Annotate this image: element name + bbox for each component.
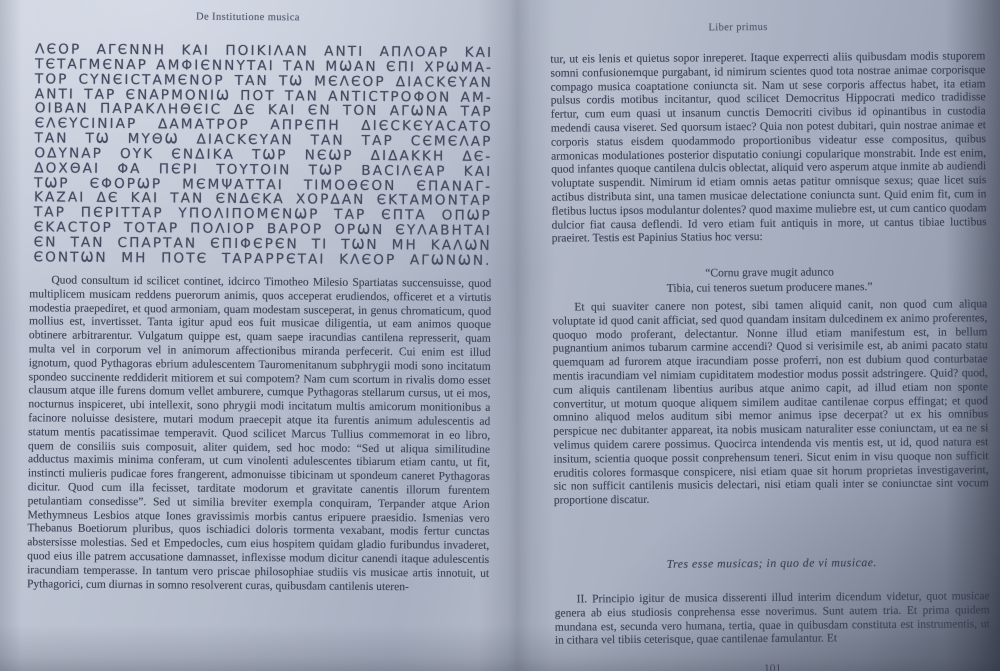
photo-vignette <box>945 0 1000 671</box>
left-body-text: Quod consultum id scilicet continet, idc… <box>26 274 491 668</box>
running-header-right: Liber primus <box>498 20 978 35</box>
verse-quotation: “Cornu grave mugit adunco Tibia, cui ten… <box>552 264 987 296</box>
verse-line: Tibia, cui teneros suetum producere mane… <box>552 279 987 297</box>
body-paragraph: Quod consultum id scilicet continet, idc… <box>27 274 491 595</box>
running-header-left: De Institutione musica <box>0 10 500 25</box>
photo-vignette <box>0 625 1000 671</box>
greek-text-block: ΛЄΟΡ ΑΓЄΝΝΗ ΚΑΙ ΠΟΙΚΙΛΑΝ ΑΝΤΙ ΑΠΛΟΑΡ ΚΑΙ… <box>33 42 493 268</box>
left-page: De Institutione musica ΛЄΟΡ ΑΓЄΝΝΗ ΚΑΙ Π… <box>0 0 507 671</box>
section-heading: Tres esse musicas; in quo de vi musicae. <box>554 554 989 572</box>
right-page: Liber primus tur, ut eis lenis et quietu… <box>518 0 1000 671</box>
body-paragraph: tur, ut eis lenis et quietus sopor inrep… <box>550 50 987 265</box>
greek-line: ЄΟΝΤѠΝ ΜΗ ΠΟΤЄ ΤΑΡΑΡΡЄΤΑΙ ΚΛЄΟΡ ΑΓѠΝѠΝ. <box>33 250 491 268</box>
photo-vignette <box>0 0 22 671</box>
book-spread: De Institutione musica ΛЄΟΡ ΑΓЄΝΝΗ ΚΑΙ Π… <box>0 0 1000 671</box>
body-paragraph: Et qui suaviter canere non potest, sibi … <box>552 298 989 523</box>
